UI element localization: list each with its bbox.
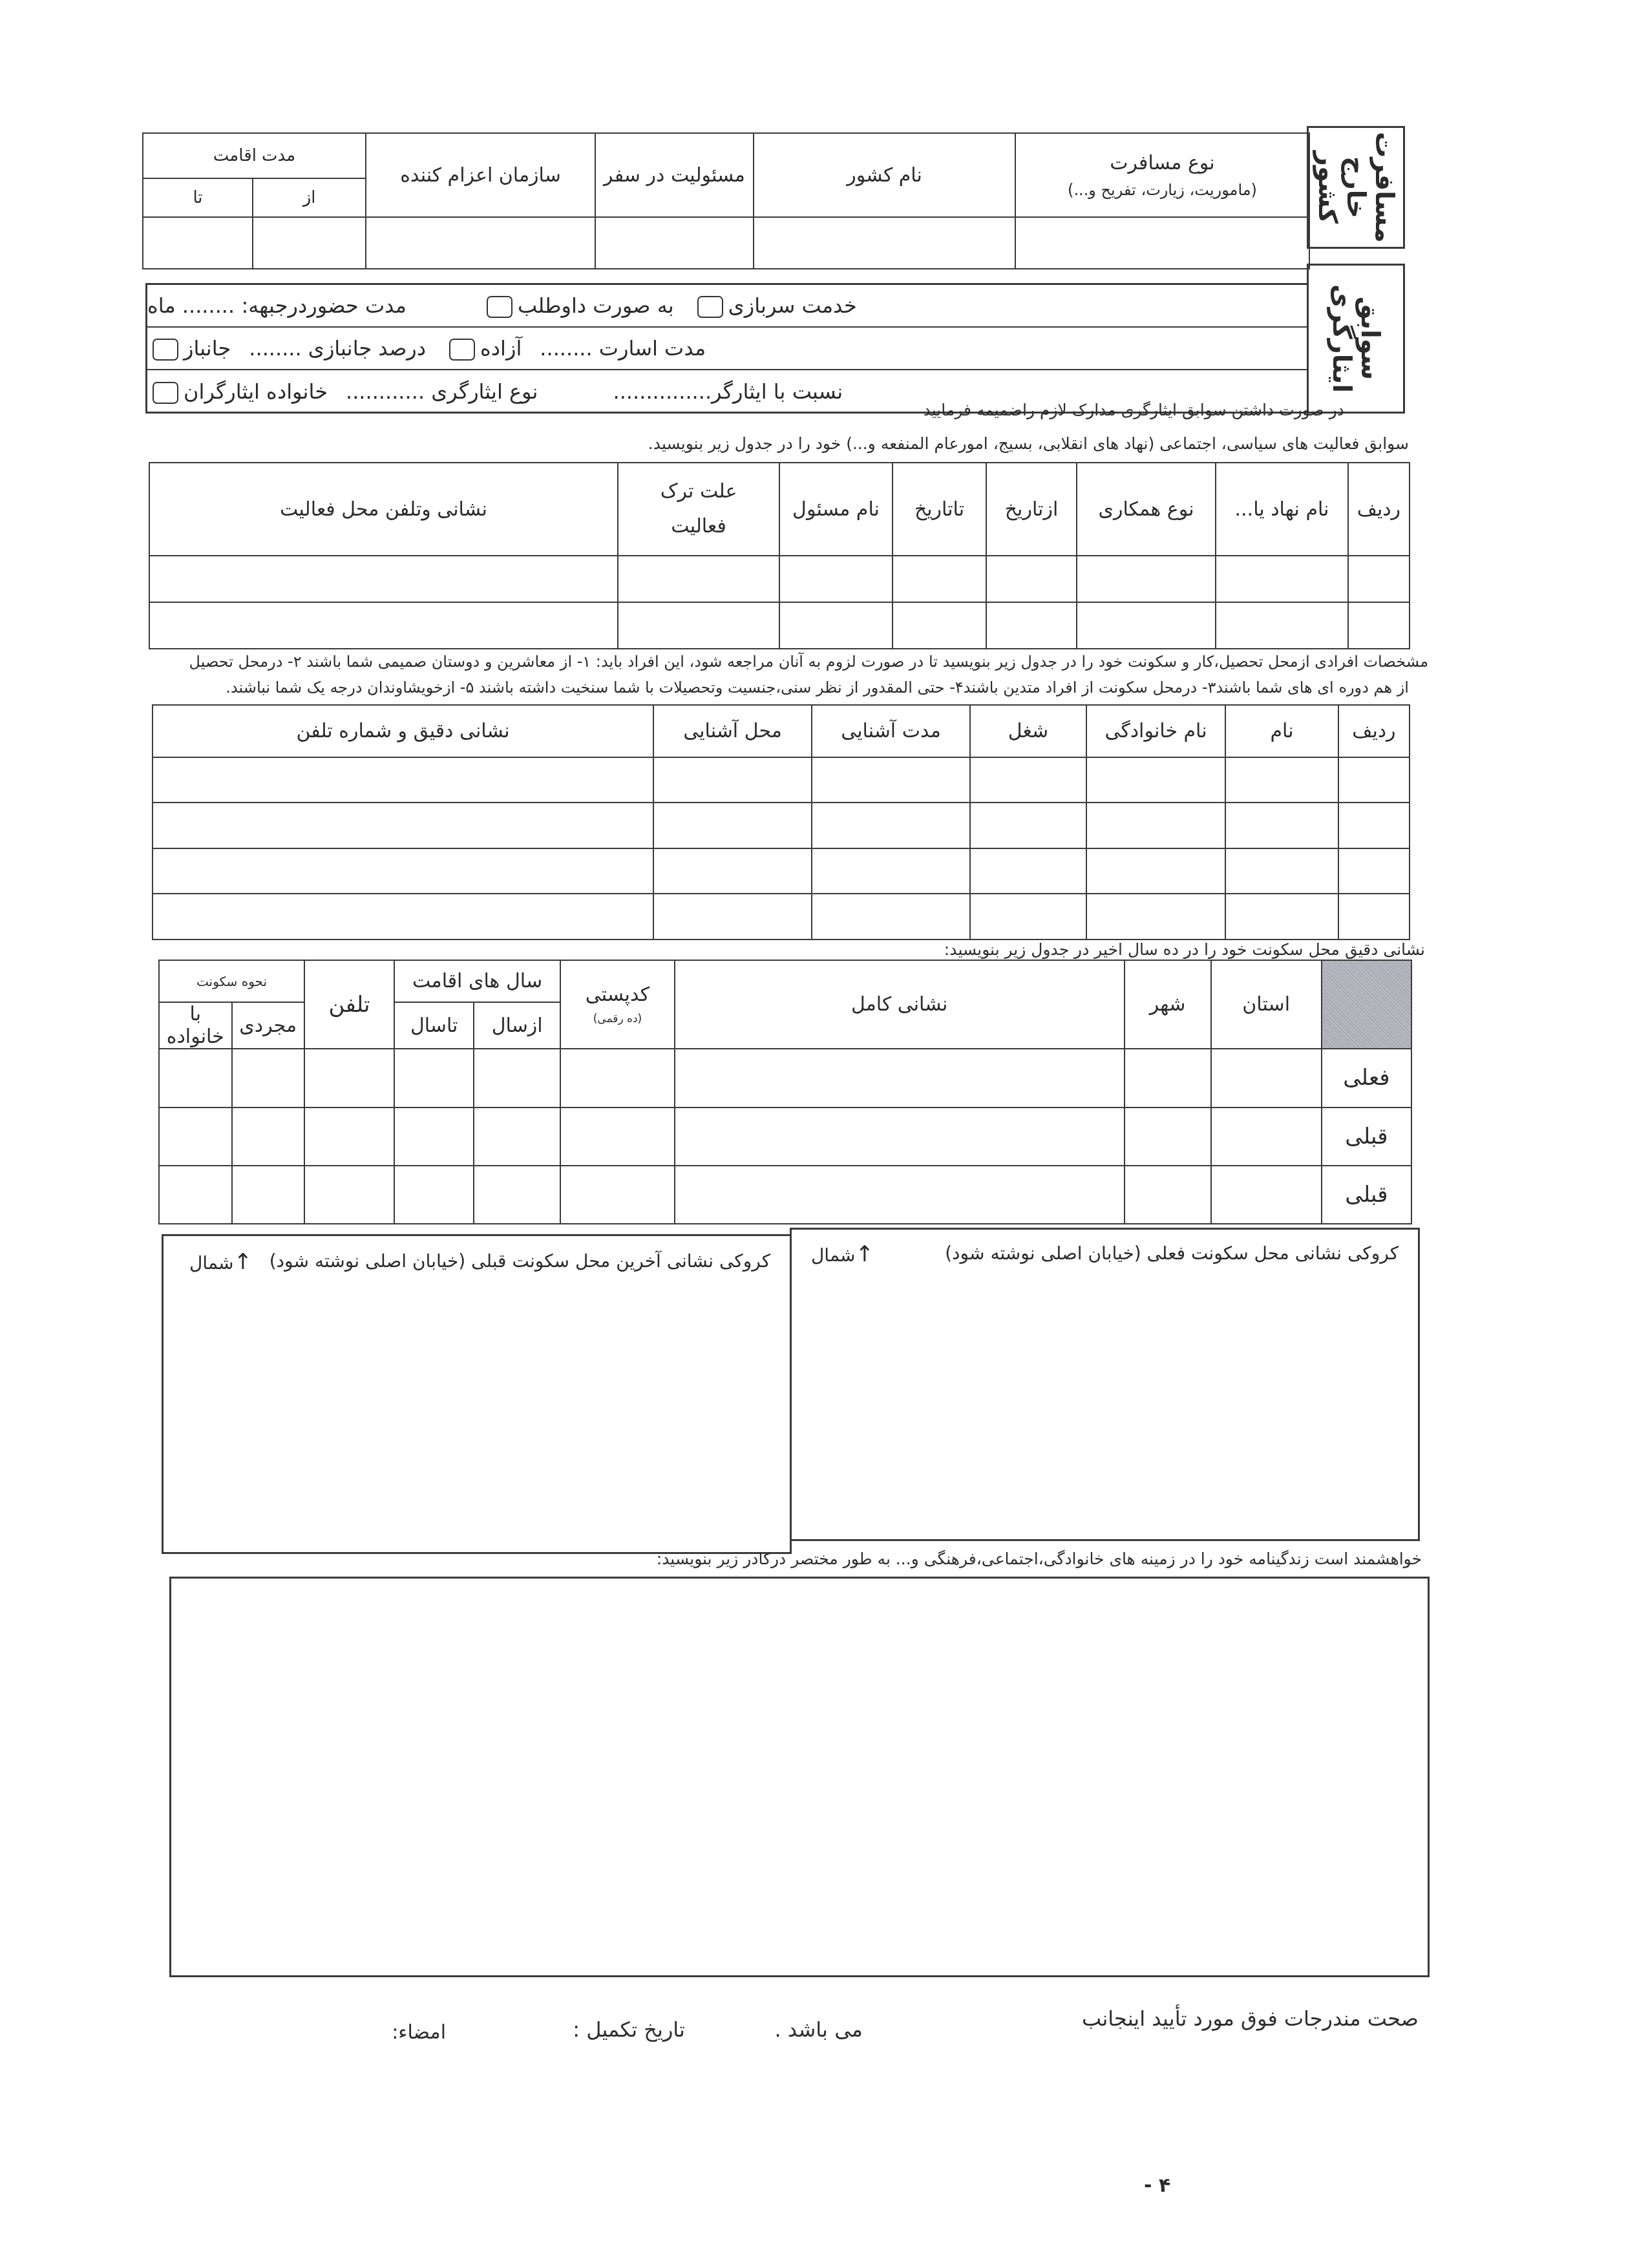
veteran-side-label: سوابق ایثارگری [1327, 266, 1384, 412]
residence-header-city: شهر [1125, 960, 1211, 1049]
table-row [149, 602, 1410, 649]
north-arrow-icon: ↑ [234, 1249, 253, 1275]
residence-header-single: مجردی [232, 1002, 304, 1049]
freed-pow-checkbox[interactable] [449, 339, 475, 361]
confirm-is-text: می باشد . [774, 2017, 863, 2042]
travel-side-label: مسافرت خارج کشور [1313, 128, 1399, 247]
header-stay-to: تا [143, 178, 253, 217]
north-indicator-current: ↑شمال [811, 1241, 874, 1267]
references-header: نام خانوادگی [1086, 705, 1225, 757]
references-header: ردیف [1338, 705, 1410, 757]
header-stay-duration: مدت اقامت [143, 133, 366, 178]
residence-table: استان شهر نشانی کامل کدپستی (ده رقمی) سا… [158, 960, 1412, 1224]
table-row: فعلی [159, 1049, 1411, 1107]
residence-header-address: نشانی کامل [675, 960, 1125, 1049]
cell-stay-from[interactable] [253, 217, 366, 269]
table-row: قبلی [159, 1166, 1411, 1224]
biography-box[interactable] [169, 1577, 1430, 1977]
sketch-current-box[interactable]: کروکی نشانی محل سکونت فعلی (خیابان اصلی … [790, 1228, 1420, 1541]
references-header: شغل [970, 705, 1086, 757]
sketch-previous-label: کروکی نشانی آخرین محل سکونت قبلی (خیابان… [269, 1250, 770, 1272]
activities-table: ردیف نام نهاد یا... نوع همکاری ازتاریخ ت… [149, 462, 1410, 649]
activities-header: علت ترک فعالیت [618, 463, 779, 556]
residence-header-postal: کدپستی (ده رقمی) [560, 960, 675, 1049]
military-service-checkbox[interactable] [697, 296, 723, 318]
residence-header-living-mode: نحوه سکونت [159, 960, 304, 1002]
veteran-docs-note: در صورت داشتن سوابق ایثارگری مدارک لازم … [924, 401, 1344, 419]
activities-header: نام نهاد یا... [1216, 463, 1348, 556]
residence-header-years: سال های اقامت [394, 960, 560, 1002]
residence-header-from-year: ازسال [474, 1002, 560, 1049]
residence-header-phone: تلفن [304, 960, 394, 1049]
references-header: نام [1225, 705, 1338, 757]
references-header: محل آشنایی [653, 705, 812, 757]
completion-date-label[interactable]: تاریخ تکمیل : [573, 2017, 685, 2042]
header-stay-from: از [253, 178, 366, 217]
residence-intro: نشانی دقیق محل سکونت خود را در ده سال اخ… [944, 940, 1425, 959]
front-duration-field[interactable]: مدت حضوردرجبهه: ........ ماه [147, 293, 407, 318]
disability-percent-field[interactable]: درصد جانبازی ........ [249, 336, 426, 361]
residence-header-to-year: تاسال [394, 1002, 474, 1049]
activities-header: تاتاریخ [893, 463, 986, 556]
cell-responsibility[interactable] [595, 217, 754, 269]
table-row [153, 848, 1410, 894]
residence-header-with-family: با خانواده [159, 1002, 232, 1049]
references-table: ردیف نام نام خانوادگی شغل مدت آشنایی محل… [152, 704, 1410, 940]
veteran-box: مدت حضوردرجبهه: ........ ماه به صورت داو… [145, 283, 1309, 414]
cell-stay-to[interactable] [143, 217, 253, 269]
references-intro-line2: از هم دوره ای های شما باشند۳- درمحل سکون… [226, 678, 1409, 697]
freed-pow-option[interactable]: آزاده [444, 336, 522, 361]
activities-header: نوع همکاری [1077, 463, 1216, 556]
signature-label[interactable]: امضاء: [392, 2021, 446, 2044]
sacrifice-type-field[interactable]: نوع ایثارگری ............ [346, 379, 538, 404]
travel-table: نوع مسافرت (ماموریت، زیارت، تفریح و...) … [142, 132, 1310, 269]
table-row: قبلی [159, 1108, 1411, 1166]
references-intro-line1: مشخصات افرادی ازمحل تحصیل،کار و سکونت خو… [189, 653, 1428, 671]
header-responsibility: مسئولیت در سفر [595, 133, 754, 217]
relation-field[interactable]: نسبت با ایثارگر............... [613, 379, 843, 404]
military-service-option[interactable]: خدمت سربازی [692, 293, 857, 318]
captivity-duration-field[interactable]: مدت اسارت ........ [540, 336, 706, 361]
disabled-veteran-option[interactable]: جانباز [147, 336, 231, 361]
residence-header-province: استان [1211, 960, 1322, 1049]
table-row [153, 894, 1410, 940]
disabled-veteran-checkbox[interactable] [153, 339, 178, 361]
table-row [149, 556, 1410, 602]
north-indicator-previous: ↑شمال [189, 1249, 252, 1275]
header-country: نام کشور [754, 133, 1015, 217]
table-row [153, 803, 1410, 848]
activities-header: نشانی وتلفن محل فعالیت [149, 463, 618, 556]
row-label-previous: قبلی [1322, 1108, 1411, 1166]
references-header: نشانی دقیق و شماره تلفن [153, 705, 653, 757]
sketch-previous-box[interactable]: کروکی نشانی آخرین محل سکونت قبلی (خیابان… [162, 1234, 792, 1554]
veteran-row-front: مدت حضوردرجبهه: ........ ماه به صورت داو… [147, 285, 1309, 328]
table-row [153, 757, 1410, 803]
row-label-previous: قبلی [1322, 1166, 1411, 1224]
veteran-row-disability: جانباز درصد جانبازی ........ آزاده مدت ا… [147, 328, 1309, 370]
volunteer-checkbox[interactable] [487, 296, 512, 318]
page-number: ۴ - [1144, 2174, 1170, 2197]
cell-country[interactable] [754, 217, 1015, 269]
header-trip-type: نوع مسافرت (ماموریت، زیارت، تفریح و...) [1015, 133, 1309, 217]
header-sending-org: سازمان اعزام کننده [366, 133, 595, 217]
activities-header: ردیف [1348, 463, 1410, 556]
confirm-text: صحت مندرجات فوق مورد تأیید اینجانب [1082, 2006, 1419, 2031]
row-label-current: فعلی [1322, 1049, 1411, 1107]
north-arrow-icon: ↑ [856, 1241, 874, 1267]
volunteer-option[interactable]: به صورت داوطلب [481, 293, 674, 318]
biography-intro: خواهشمند است زندگینامه خود را در زمینه ه… [657, 1549, 1422, 1568]
references-header: مدت آشنایی [812, 705, 970, 757]
travel-side-label-box: مسافرت خارج کشور [1307, 126, 1405, 249]
cell-sending-org[interactable] [366, 217, 595, 269]
sketch-current-label: کروکی نشانی محل سکونت فعلی (خیابان اصلی … [945, 1243, 1399, 1264]
activities-header: نام مسئول [779, 463, 893, 556]
activities-header: ازتاریخ [986, 463, 1077, 556]
veteran-family-option[interactable]: خانواده ایثارگران [147, 379, 328, 404]
activities-header-row: ردیف نام نهاد یا... نوع همکاری ازتاریخ ت… [149, 463, 1410, 556]
activities-intro: سوابق فعالیت های سیاسی، اجتماعی (نهاد ها… [648, 434, 1409, 453]
veteran-side-label-box: سوابق ایثارگری [1307, 264, 1405, 414]
residence-corner-cell [1322, 960, 1411, 1049]
cell-trip-type[interactable] [1015, 217, 1309, 269]
veteran-family-checkbox[interactable] [153, 382, 178, 404]
